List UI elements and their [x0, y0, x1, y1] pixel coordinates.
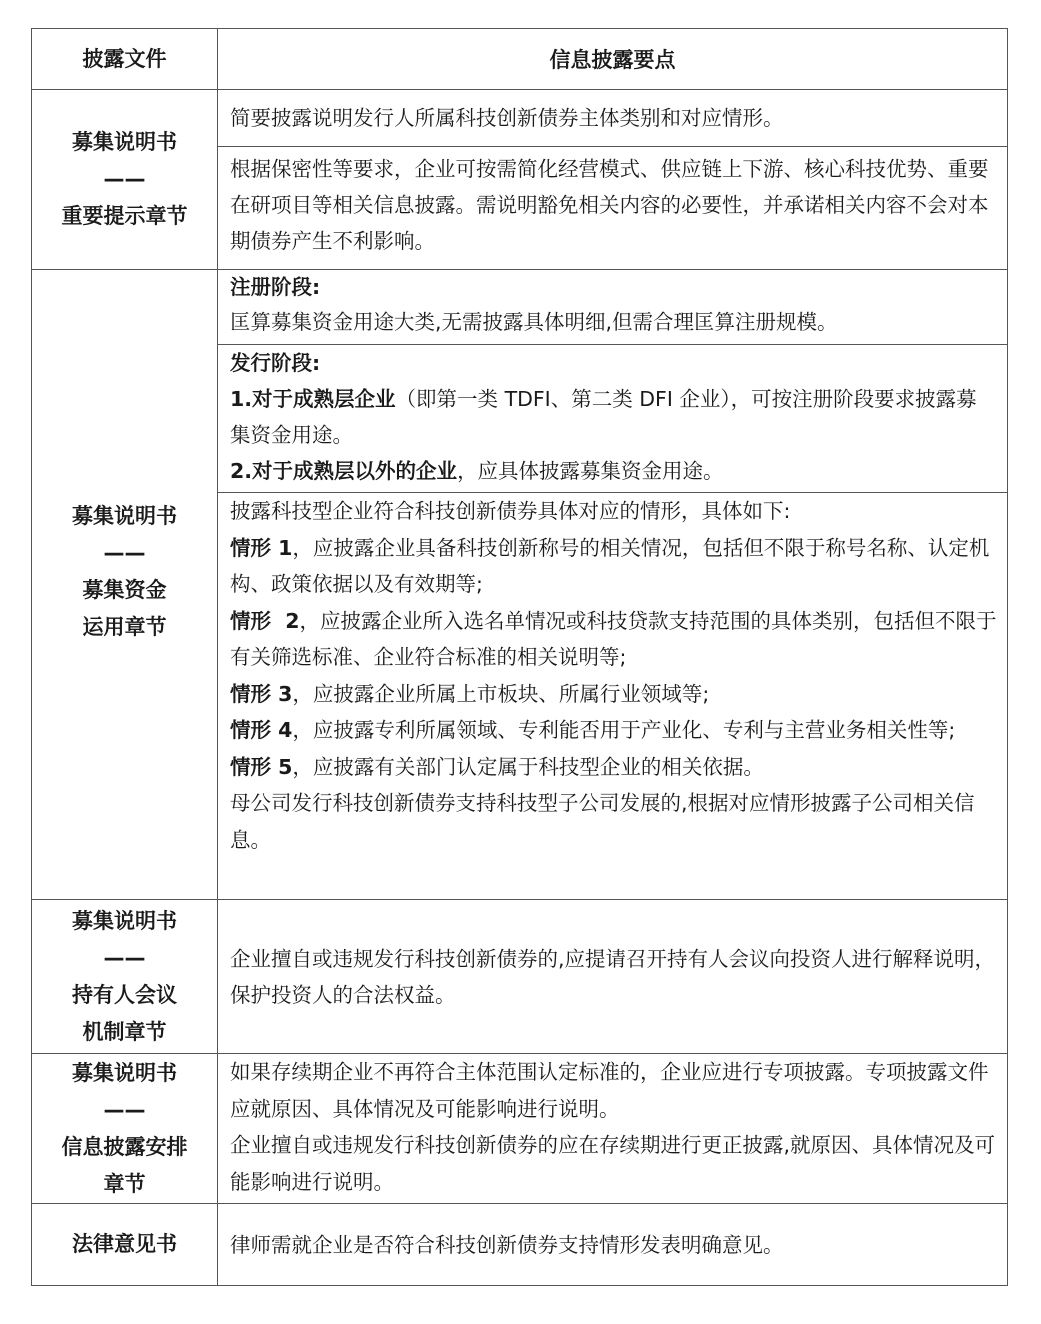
situation-label: 情形 3: [230, 682, 292, 706]
points-column: 如果存续期企业不再符合主体范围认定标准的，企业应进行专项披露。专项披露文件应就原…: [218, 1054, 1007, 1203]
point-cell: 如果存续期企业不再符合主体范围认定标准的，企业应进行专项披露。专项披露文件应就原…: [218, 1054, 1007, 1204]
situation-label: 情形 4: [230, 718, 292, 742]
doc-label: 持有人会议: [72, 977, 177, 1014]
stage-title: 注册阶段:: [230, 270, 997, 305]
situation-text: ，应披露有关部门认定属于科技型企业的相关依据。: [292, 755, 764, 779]
doc-label: 募集说明书: [72, 124, 177, 161]
point-text: 如果存续期企业不再符合主体范围认定标准的，企业应进行专项披露。专项披露文件应就原…: [230, 1054, 997, 1127]
doc-dash: ——: [104, 535, 146, 572]
situation-4: 情形 4，应披露专利所属领域、专利能否用于产业化、专利与主营业务相关性等;: [230, 712, 997, 749]
doc-cell: 法律意见书: [32, 1204, 218, 1285]
point-text: 匡算募集资金用途大类,无需披露具体明细,但需合理匡算注册规模。: [230, 305, 997, 340]
situation-2: 情形 2，应披露企业所入选名单情况或科技贷款支持范围的具体类别，包括但不限于有关…: [230, 603, 997, 676]
point-text: 披露科技型企业符合科技创新债券具体对应的情形，具体如下:: [230, 493, 997, 530]
point-text: 企业擅自或违规发行科技创新债券的应在存续期进行更正披露,就原因、具体情况及可能影…: [230, 1127, 997, 1200]
item-label: 1.对于成熟层企业: [230, 387, 396, 411]
situation-1: 情形 1，应披露企业具备科技创新称号的相关情况，包括但不限于称号名称、认定机构、…: [230, 530, 997, 603]
situation-5: 情形 5，应披露有关部门认定属于科技型企业的相关依据。: [230, 749, 997, 786]
situation-3: 情形 3，应披露企业所属上市板块、所属行业领域等;: [230, 676, 997, 713]
item-label: 2.对于成熟层以外的企业: [230, 459, 457, 483]
table-row-important-notice: 募集说明书 —— 重要提示章节 简要披露说明发行人所属科技创新债券主体类别和对应…: [32, 89, 1007, 269]
issuance-item-1: 1.对于成熟层企业（即第一类 TDFI、第二类 DFI 企业），可按注册阶段要求…: [230, 381, 997, 453]
points-column: 企业擅自或违规发行科技创新债券的,应提请召开持有人会议向投资人进行解释说明，保护…: [218, 900, 1007, 1053]
point-cell: 律师需就企业是否符合科技创新债券支持情形发表明确意见。: [218, 1204, 1007, 1285]
disclosure-table: 披露文件 信息披露要点 募集说明书 —— 重要提示章节 简要披露说明发行人所属科…: [31, 28, 1008, 1286]
point-text: 根据保密性等要求，企业可按需简化经营模式、供应链上下游、核心科技优势、重要在研项…: [230, 157, 989, 253]
item-text: ，应具体披露募集资金用途。: [457, 459, 724, 483]
point-cell: 简要披露说明发行人所属科技创新债券主体类别和对应情形。: [218, 90, 1007, 146]
doc-cell: 募集说明书 —— 信息披露安排 章节: [32, 1054, 218, 1203]
situation-label: 情形 1: [230, 536, 292, 560]
point-text: 企业擅自或违规发行科技创新债券的,应提请召开持有人会议向投资人进行解释说明，保护…: [230, 941, 997, 1013]
table-row-legal-opinion: 法律意见书 律师需就企业是否符合科技创新债券支持情形发表明确意见。: [32, 1203, 1007, 1285]
table-row-disclosure-arrangement: 募集说明书 —— 信息披露安排 章节 如果存续期企业不再符合主体范围认定标准的，…: [32, 1053, 1007, 1203]
situations-cell: 披露科技型企业符合科技创新债券具体对应的情形，具体如下: 情形 1，应披露企业具…: [218, 492, 1007, 899]
doc-label: 机制章节: [83, 1014, 167, 1051]
situation-label: 情形 5: [230, 755, 292, 779]
points-column: 律师需就企业是否符合科技创新债券支持情形发表明确意见。: [218, 1204, 1007, 1285]
header-disclosure-document: 披露文件: [32, 29, 218, 89]
situation-text: ，应披露企业具备科技创新称号的相关情况，包括但不限于称号名称、认定机构、政策依据…: [230, 536, 989, 597]
doc-dash: ——: [104, 1092, 146, 1129]
doc-label: 信息披露安排: [62, 1129, 188, 1166]
situation-text: ，应披露企业所属上市板块、所属行业领域等;: [292, 682, 709, 706]
point-cell: 根据保密性等要求，企业可按需简化经营模式、供应链上下游、核心科技优势、重要在研项…: [218, 146, 1007, 269]
doc-label: 法律意见书: [72, 1226, 177, 1263]
doc-label: 募集说明书: [72, 903, 177, 940]
point-cell: 企业擅自或违规发行科技创新债券的,应提请召开持有人会议向投资人进行解释说明，保护…: [218, 900, 1007, 1053]
points-column: 简要披露说明发行人所属科技创新债券主体类别和对应情形。 根据保密性等要求，企业可…: [218, 90, 1007, 269]
header-label: 信息披露要点: [550, 44, 676, 74]
doc-label: 募集说明书: [72, 498, 177, 535]
issuance-item-2: 2.对于成熟层以外的企业，应具体披露募集资金用途。: [230, 453, 997, 489]
doc-label: 募集资金: [83, 572, 167, 609]
table-header-row: 披露文件 信息披露要点: [32, 29, 1007, 89]
registration-stage-cell: 注册阶段: 匡算募集资金用途大类,无需披露具体明细,但需合理匡算注册规模。: [218, 270, 1007, 344]
doc-cell: 募集说明书 —— 募集资金 运用章节: [32, 270, 218, 899]
doc-dash: ——: [104, 161, 146, 198]
doc-cell: 募集说明书 —— 重要提示章节: [32, 90, 218, 269]
issuance-stage-cell: 发行阶段: 1.对于成熟层企业（即第一类 TDFI、第二类 DFI 企业），可按…: [218, 344, 1007, 492]
doc-label: 运用章节: [83, 609, 167, 646]
doc-dash: ——: [104, 940, 146, 977]
table-row-holder-meeting: 募集说明书 —— 持有人会议 机制章节 企业擅自或违规发行科技创新债券的,应提请…: [32, 899, 1007, 1053]
situation-label: 情形 2: [230, 609, 300, 633]
table-row-fund-usage: 募集说明书 —— 募集资金 运用章节 注册阶段: 匡算募集资金用途大类,无需披露…: [32, 269, 1007, 899]
doc-label: 募集说明书: [72, 1055, 177, 1092]
header-label: 披露文件: [83, 41, 167, 78]
points-column: 注册阶段: 匡算募集资金用途大类,无需披露具体明细,但需合理匡算注册规模。 发行…: [218, 270, 1007, 899]
point-text: 简要披露说明发行人所属科技创新债券主体类别和对应情形。: [230, 100, 784, 136]
point-text: 母公司发行科技创新债券支持科技型子公司发展的,根据对应情形披露子公司相关信息。: [230, 785, 997, 858]
doc-label: 章节: [104, 1166, 146, 1203]
point-text: 律师需就企业是否符合科技创新债券支持情形发表明确意见。: [230, 1227, 784, 1263]
doc-cell: 募集说明书 —— 持有人会议 机制章节: [32, 900, 218, 1053]
situation-text: ，应披露企业所入选名单情况或科技贷款支持范围的具体类别，包括但不限于有关筛选标准…: [230, 609, 997, 670]
stage-title: 发行阶段:: [230, 345, 997, 381]
doc-label: 重要提示章节: [62, 198, 188, 235]
header-disclosure-points: 信息披露要点: [218, 29, 1007, 89]
situation-text: ，应披露专利所属领域、专利能否用于产业化、专利与主营业务相关性等;: [292, 718, 955, 742]
